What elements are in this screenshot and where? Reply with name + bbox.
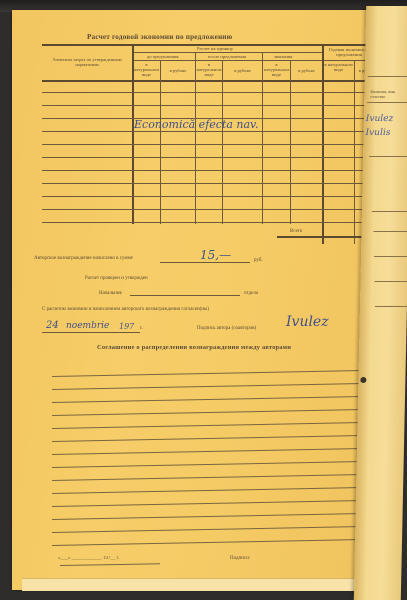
date-year: 197 — [119, 322, 134, 331]
form-page: Расчет годовой экономии по предложению Э… — [12, 10, 392, 590]
unit-natural-3: в натуральном виде — [263, 62, 290, 78]
page-bottom-edge — [22, 578, 392, 591]
unit-natural-1: в натуральном виде — [133, 62, 160, 78]
unit-rub-3: в рублях — [292, 68, 321, 73]
group-header-per-unit: Расчет на единицу — [197, 46, 233, 51]
date-day: 24 — [46, 320, 59, 331]
handwritten-table-entry: Economică efecta nav. — [134, 118, 258, 131]
unit-natural-2: в натуральном виде — [196, 62, 222, 78]
total-label: Всего — [290, 229, 302, 234]
subheader-before: до предложения — [147, 54, 179, 59]
author-signature-label: Подпись автора (соавторов) — [197, 326, 256, 331]
reward-amount: 15,— — [200, 248, 231, 262]
footer-signatures-label: Подписи: — [230, 556, 250, 561]
ink-stain — [360, 377, 366, 383]
head-label: Начальник — [99, 291, 122, 296]
unit-rub-1: в рублях — [162, 68, 194, 73]
date-year-suffix: г. — [140, 326, 143, 331]
flap-handwritten-2: Ivulis — [365, 128, 390, 138]
flap-header: Фамилия, имя, отчество — [370, 89, 407, 99]
consent-label: С расчетом экономии и начислением авторс… — [42, 307, 209, 312]
footer-date-template: «___» ____________ 197__ г. — [58, 556, 120, 561]
agreement-title: Соглашение о распределении вознаграждени… — [97, 344, 291, 351]
author-signature: Ivulez — [286, 314, 329, 330]
verified-label: Расчет проверен и утвержден — [85, 276, 148, 281]
subheader-savings: экономия — [274, 54, 292, 59]
reward-label: Авторское вознаграждение начислено в сум… — [34, 256, 133, 261]
subheader-after: после предложения — [208, 54, 246, 59]
form-title: Расчет годовой экономии по предложению — [87, 33, 232, 41]
date-month: noembrie — [66, 321, 109, 331]
col-header-items: Элементы затрат по утвержденным норматив… — [48, 57, 126, 67]
flap-handwritten-1: Ivulez — [366, 114, 394, 124]
unit-natural-4: в натуральном виде — [323, 62, 354, 72]
head-dept-suffix: отдела — [244, 291, 258, 296]
unit-rub-2: в рублях — [224, 68, 261, 73]
reward-currency: руб. — [254, 258, 263, 263]
